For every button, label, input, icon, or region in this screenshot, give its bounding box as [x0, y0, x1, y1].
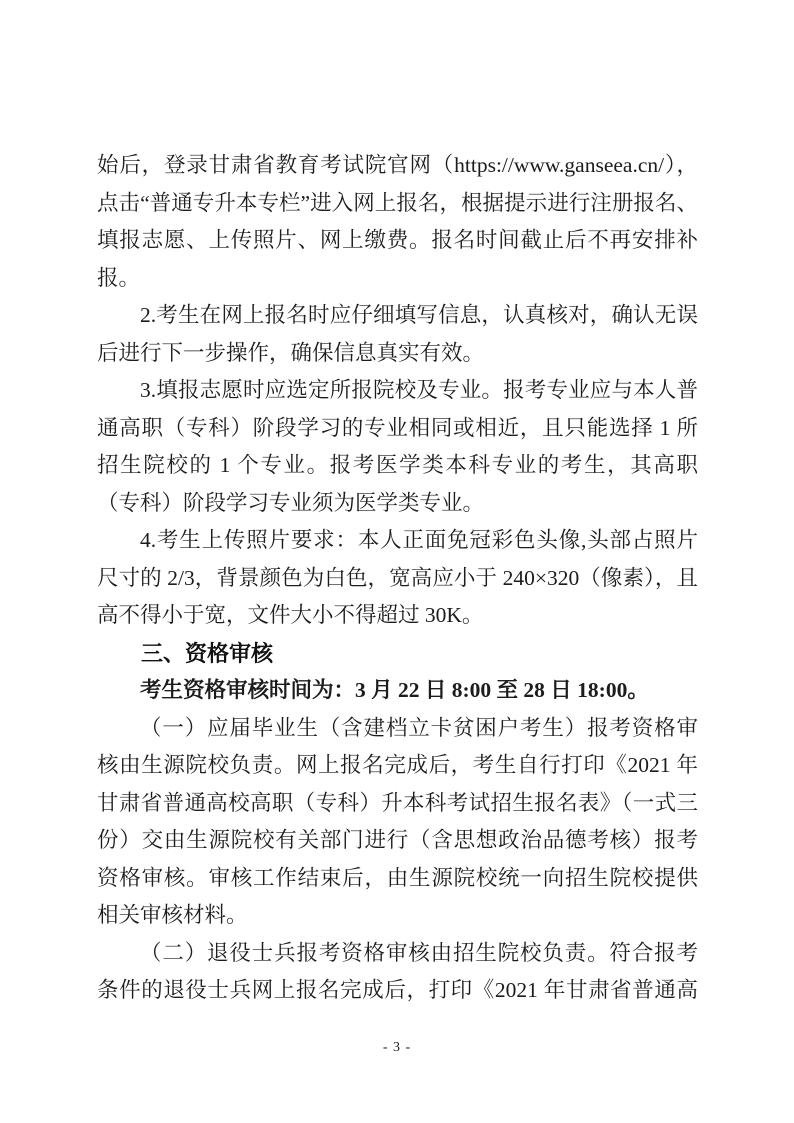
paragraph-registration-continuation: 始后，登录甘肃省教育考试院官网（https://www.ganseea.cn/）… [97, 147, 698, 297]
page-content: 始后，登录甘肃省教育考试院官网（https://www.ganseea.cn/）… [97, 147, 698, 1010]
page-number-label: - 3 - [383, 1040, 411, 1055]
page-number-footer: - 3 - [0, 1039, 794, 1057]
paragraph-subsection-1: （一）应届毕业生（含建档立卡贫困户考生）报考资格审核由生源院校负责。网上报名完成… [97, 710, 698, 935]
section-heading-qualification-review: 三、资格审核 [97, 635, 698, 673]
document-page: 始后，登录甘肃省教育考试院官网（https://www.ganseea.cn/）… [0, 0, 794, 1123]
paragraph-review-time: 考生资格审核时间为：3 月 22 日 8:00 至 28 日 18:00。 [97, 672, 698, 710]
paragraph-numbered-item-2: 2.考生在网上报名时应仔细填写信息，认真核对，确认无误后进行下一步操作，确保信息… [97, 297, 698, 372]
paragraph-numbered-item-4: 4.考生上传照片要求：本人正面免冠彩色头像,头部占照片尺寸的 2/3，背景颜色为… [97, 522, 698, 635]
paragraph-subsection-2: （二）退役士兵报考资格审核由招生院校负责。符合报考条件的退役士兵网上报名完成后，… [97, 935, 698, 1010]
paragraph-numbered-item-3: 3.填报志愿时应选定所报院校及专业。报考专业应与本人普通高职（专科）阶段学习的专… [97, 372, 698, 522]
